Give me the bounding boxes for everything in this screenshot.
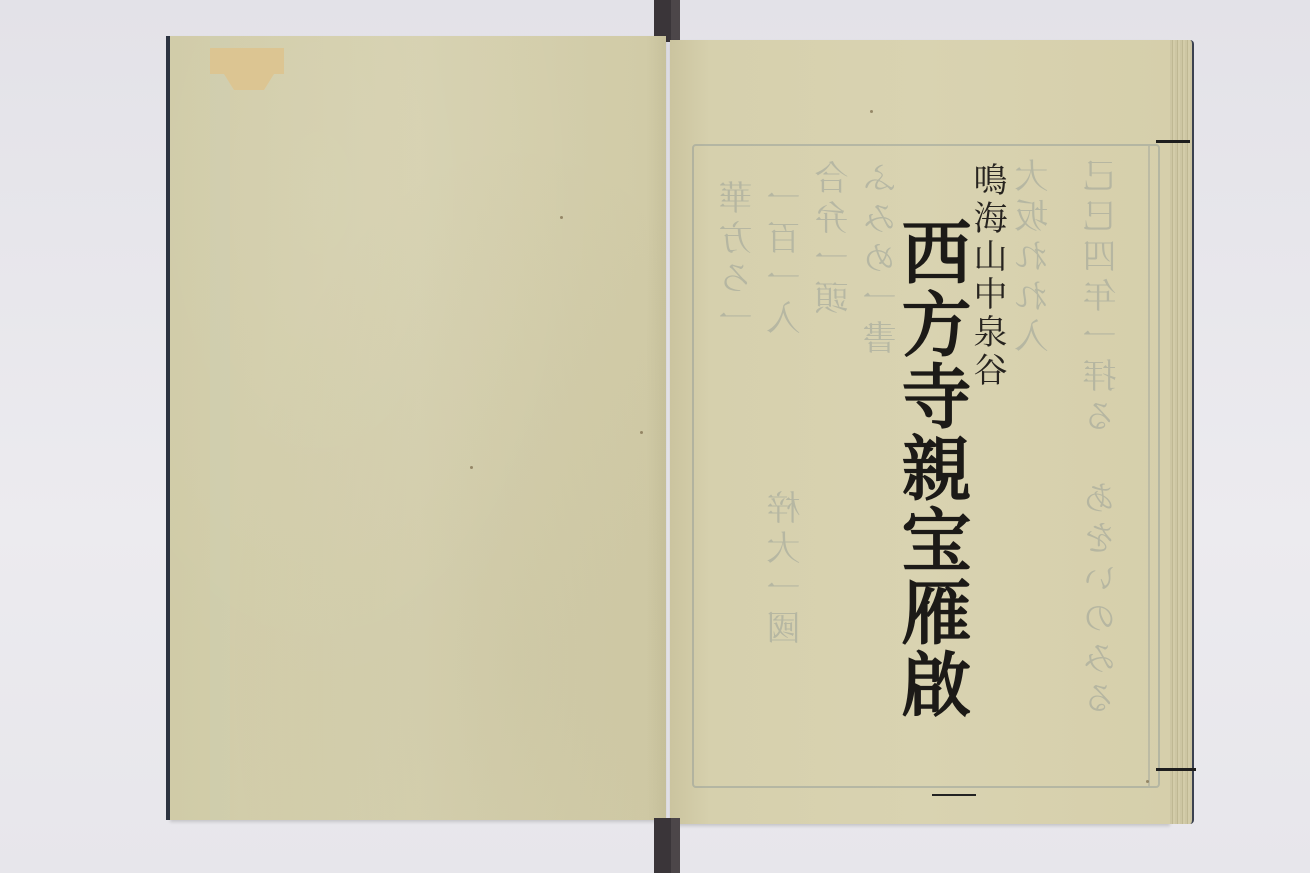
paper-speck (870, 110, 873, 113)
binding-stitch-top (1156, 140, 1190, 143)
text-block-edges (1170, 40, 1194, 824)
paper-speck (470, 466, 473, 469)
bleed-through-column: 華方ろ一 (714, 180, 763, 340)
bleed-through-column: 大坂れれ入 (1010, 158, 1059, 358)
right-page: 己巳四年一拝る あをいのみる 大坂れれ入 ふみめ一書 合弁一頭 一百一入 華方ろ… (670, 40, 1170, 824)
left-page-margin-shade (210, 36, 230, 820)
title-label-patch (210, 48, 284, 74)
author-annotation: 鳴海山中泉谷 (970, 162, 1004, 390)
border-inner-rule (1148, 146, 1150, 786)
bleed-through-column: 己巳四年一拝る (1078, 158, 1127, 438)
bleed-through-column: あをいのみる (1078, 480, 1127, 720)
paper-speck (560, 216, 563, 219)
paper-speck (1146, 780, 1149, 783)
book-cradle-bottom (654, 818, 680, 873)
binding-stitch-bottom (1156, 768, 1196, 771)
bleed-through-column: 合弁一頭 (810, 160, 859, 320)
bleed-through-column: 一百一入 (762, 180, 811, 340)
left-page (170, 36, 666, 820)
book-title: 西方寺親宝雁啟 (896, 216, 966, 720)
bleed-through-column: 梓大一國 (762, 490, 811, 650)
paper-speck (640, 431, 643, 434)
printers-mark (932, 794, 976, 796)
